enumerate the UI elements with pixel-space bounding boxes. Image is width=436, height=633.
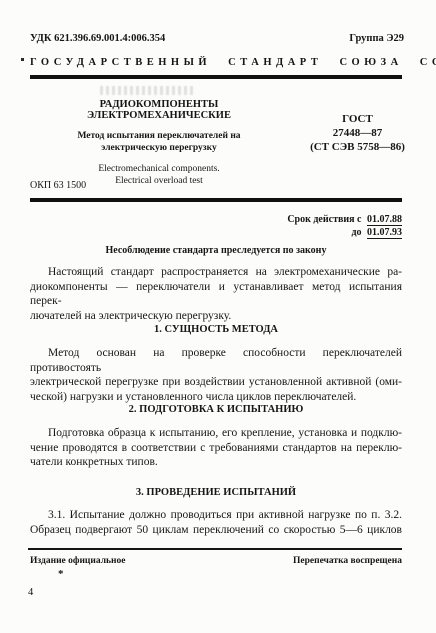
intro-paragraph: Настоящий стандарт распространяется на э… xyxy=(30,265,402,323)
title-ru-main: РАДИОКОМПОНЕНТЫ ЭЛЕКТРОМЕХАНИЧЕСКИЕ xyxy=(30,99,288,121)
validity-to: до 01.07.93 xyxy=(30,226,402,239)
validity-period: Срок действия с 01.07.88 до 01.07.93 xyxy=(30,213,402,239)
validity-from: Срок действия с 01.07.88 xyxy=(30,213,402,226)
intro-line: диокомпоненты — переключатели и устанавл… xyxy=(30,280,402,309)
body-line: Образец подвергают 50 циклам переключени… xyxy=(30,523,402,538)
section-2-body: Подготовка образца к испытанию, его креп… xyxy=(30,426,402,470)
title-ru-sub: Метод испытания переключателей на электр… xyxy=(30,130,288,154)
gost-number: 27448—87 xyxy=(295,126,420,140)
body-line: Метод основан на проверке способности пе… xyxy=(30,346,402,375)
title-ru-sub-line2: электрическую перегрузку xyxy=(30,142,288,154)
official-edition-label: Издание официальное xyxy=(30,556,126,566)
body-line: Подготовка образца к испытанию, его креп… xyxy=(30,426,402,441)
body-line: 3.1. Испытание должно проводиться при ак… xyxy=(30,508,402,523)
topline: УДК 621.396.69.001.4:006.354 Группа Э29 xyxy=(30,33,404,44)
validity-from-date: 01.07.88 xyxy=(367,214,402,226)
body-line: чатели конкретных типов. xyxy=(30,455,402,470)
page-number: 4 xyxy=(28,587,33,598)
gost-label: ГОСТ xyxy=(295,112,420,126)
reprint-prohibited-label: Перепечатка воспрещена xyxy=(293,556,402,566)
gost-designation: ГОСТ 27448—87 (СТ СЭВ 5758—86) xyxy=(295,112,420,154)
gost-sev-reference: (СТ СЭВ 5758—86) xyxy=(295,140,420,154)
body-line: электрической перегрузке при воздействии… xyxy=(30,375,402,390)
validity-from-label: Срок действия с xyxy=(287,214,361,225)
section-3-body: 3.1. Испытание должно проводиться при ак… xyxy=(30,508,402,537)
okp-code: ОКП 63 1500 xyxy=(30,180,86,191)
scan-artifact-dot xyxy=(21,58,24,61)
header-rule xyxy=(30,75,402,79)
intro-line: лючателей на электрическую перегрузку. xyxy=(30,309,402,324)
footnote-mark: * xyxy=(58,568,64,580)
section-3-heading: 3. ПРОВЕДЕНИЕ ИСПЫТАНИЙ xyxy=(30,487,402,498)
title-en-line1: Electromechanical components. xyxy=(30,163,288,175)
section-1-body: Метод основан на проверке способности пе… xyxy=(30,346,402,404)
law-notice: Несоблюдение стандарта преследуется по з… xyxy=(30,245,402,256)
udk-number: УДК 621.396.69.001.4:006.354 xyxy=(30,33,165,44)
group-label: Группа Э29 xyxy=(349,33,404,44)
section-2-heading: 2. ПОДГОТОВКА К ИСПЫТАНИЮ xyxy=(30,404,402,415)
body-line: чение проводятся в соответствии с требов… xyxy=(30,441,402,456)
intro-line: Настоящий стандарт распространяется на э… xyxy=(30,265,402,280)
org-header: ГОСУДАРСТВЕННЫЙ СТАНДАРТ СОЮЗА ССР xyxy=(30,57,404,68)
document-page: УДК 621.396.69.001.4:006.354 Группа Э29 … xyxy=(0,0,436,633)
scan-smudge xyxy=(100,86,196,95)
validity-to-date: 01.07.93 xyxy=(367,227,402,239)
validity-to-label: до xyxy=(351,227,361,238)
footer: Издание официальное Перепечатка воспреще… xyxy=(30,556,402,566)
title-ru-sub-line1: Метод испытания переключателей на xyxy=(30,130,288,142)
section-rule xyxy=(30,198,402,202)
footer-rule xyxy=(28,548,402,550)
title-block: РАДИОКОМПОНЕНТЫ ЭЛЕКТРОМЕХАНИЧЕСКИЕ Мето… xyxy=(30,99,288,187)
body-line: ческой) нагрузки и установленного числа … xyxy=(30,390,402,405)
section-1-heading: 1. СУЩНОСТЬ МЕТОДА xyxy=(30,324,402,335)
